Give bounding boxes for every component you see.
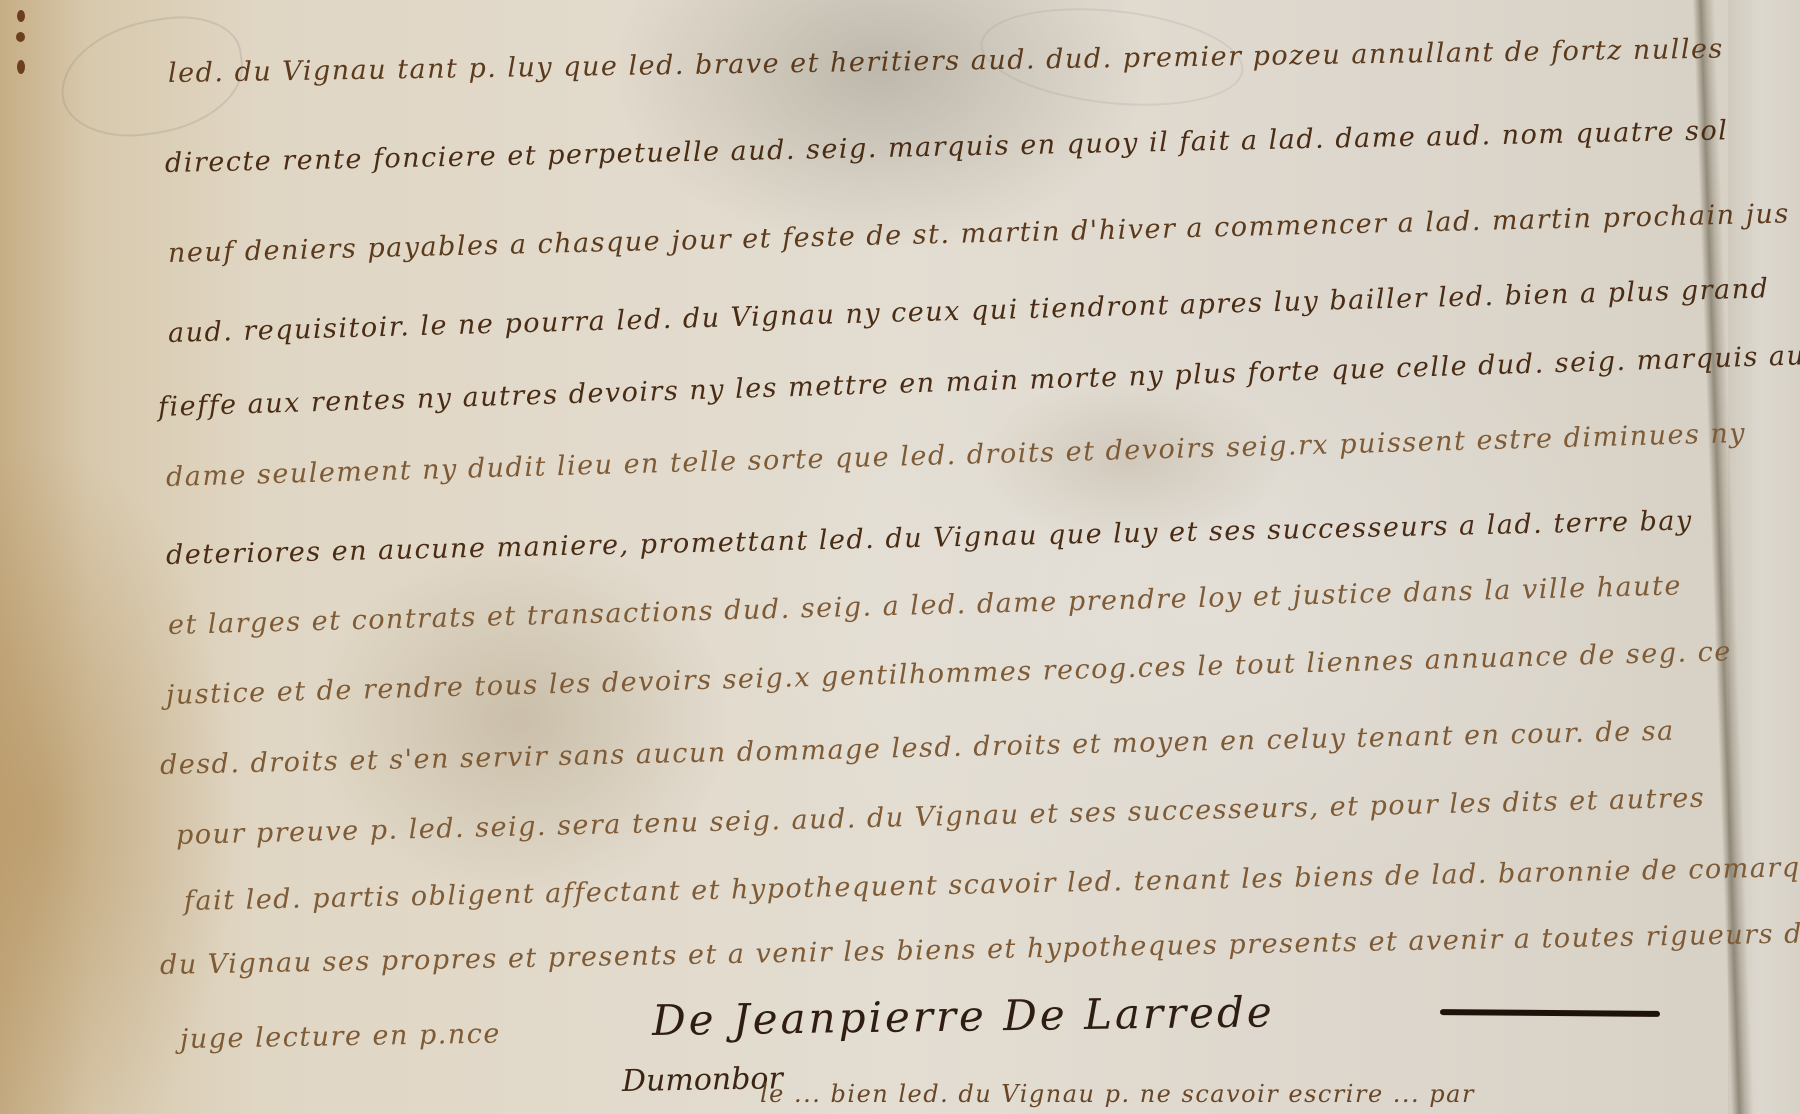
manuscript-text: led. du Vignau tant p. luy que led. brav…	[0, 0, 1800, 1114]
manuscript-line-1: led. du Vignau tant p. luy que led. brav…	[168, 34, 1724, 89]
manuscript-line-11: pour preuve p. led. seig. sera tenu seig…	[176, 783, 1706, 851]
manuscript-line-14: juge lecture en p.nce	[180, 1018, 501, 1055]
manuscript-line-6: dame seulement ny dudit lieu en telle so…	[166, 418, 1747, 493]
manuscript-line-4: aud. requisitoir. le ne pourra led. du V…	[168, 273, 1770, 349]
manuscript-footer-line: le ... bien led. du Vignau p. ne scavoir…	[760, 1080, 1475, 1108]
manuscript-line-12: fait led. partis obligent affectant et h…	[184, 850, 1800, 917]
signature-flourish	[1440, 1009, 1660, 1017]
manuscript-page: led. du Vignau tant p. luy que led. brav…	[0, 0, 1800, 1114]
manuscript-line-13: du Vignau ses propres et presents et a v…	[160, 917, 1800, 981]
manuscript-line-9: justice et de rendre tous les devoirs se…	[166, 636, 1733, 711]
manuscript-line-2: directe rente fonciere et perpetuelle au…	[165, 115, 1729, 179]
signature-secondary: Dumonbor	[622, 1061, 783, 1099]
manuscript-line-3: neuf deniers payables a chasque jour et …	[168, 198, 1790, 269]
manuscript-line-8: et larges et contrats et transactions du…	[168, 570, 1683, 641]
signature-primary: De Jeanpierre De Larrede	[652, 987, 1275, 1045]
manuscript-line-7: deteriores en aucune maniere, promettant…	[166, 505, 1693, 571]
manuscript-line-10: desd. droits et s'en servir sans aucun d…	[160, 716, 1675, 781]
manuscript-line-5: fieffe aux rentes ny autres devoirs ny l…	[158, 340, 1800, 423]
